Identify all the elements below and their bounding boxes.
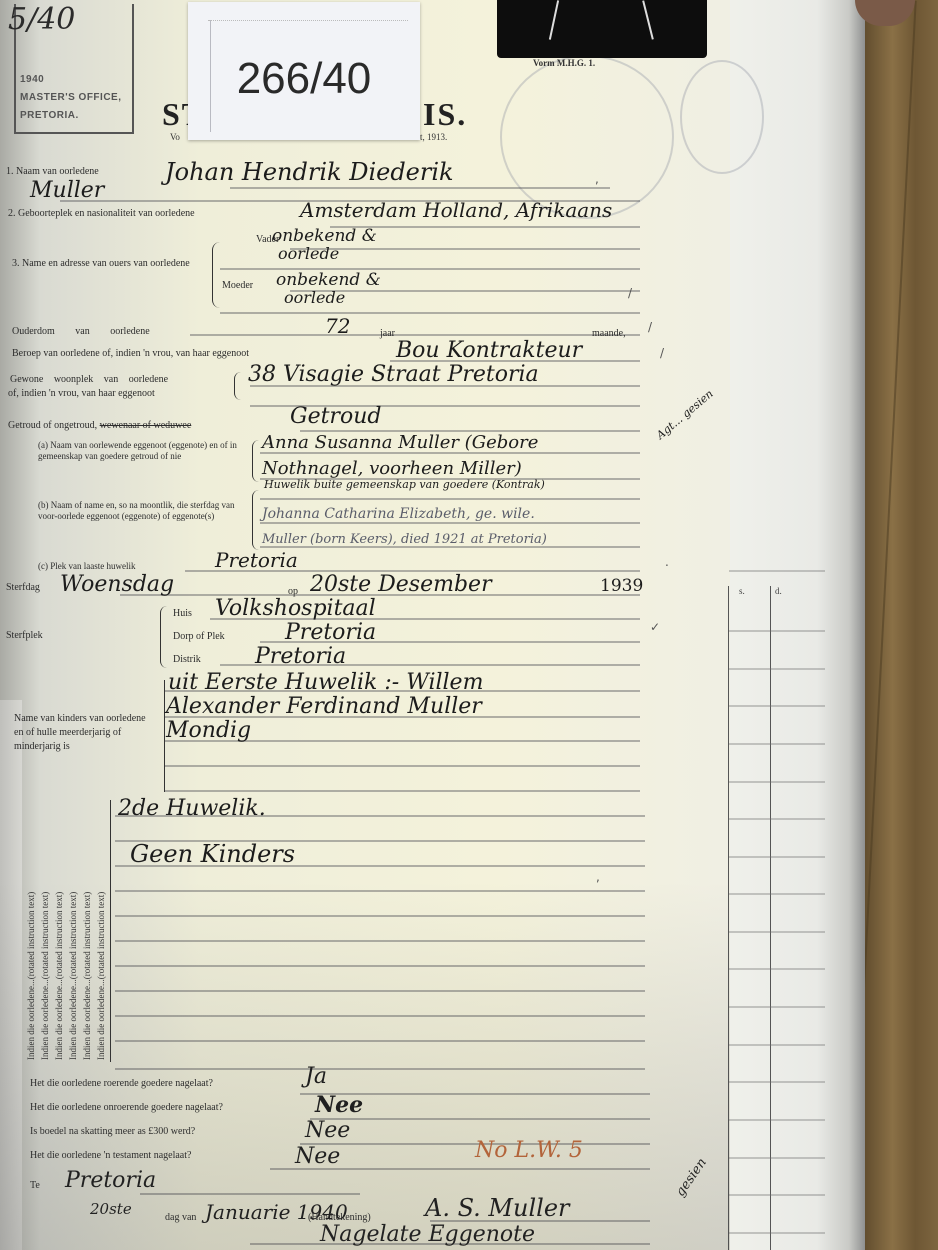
stamp-handwritten-number: 5/40 <box>8 2 75 37</box>
form-subtitle-left: Vo <box>170 132 180 142</box>
value-spouse-3: Huwelik buite gemeenskap van goedere (Ko… <box>264 478 545 491</box>
value-house: Volkshospitaal <box>215 596 376 621</box>
header-shillings: s. <box>739 586 745 596</box>
file-number: 266/40 <box>188 54 420 104</box>
value-children-3: Mondig <box>166 718 251 743</box>
label-age-years: jaar <box>380 328 395 340</box>
value-predeceased-2: Muller (born Keers), died 1921 at Pretor… <box>262 532 547 547</box>
masters-office-stamp: 5/40 1940 MASTER'S OFFICE, PRETORIA. <box>14 4 134 134</box>
label-surviving-spouse: (a) Naam van oorlewende eggenoot (eggeno… <box>38 440 248 462</box>
label-name: 1. Naam van oorledene <box>6 166 99 178</box>
label-death-day: Sterfdag <box>6 582 40 594</box>
stamp-place: PRETORIA. <box>20 110 79 121</box>
label-children: Name van kinders van oorledene en of hul… <box>14 712 154 754</box>
value-mother-2: oorlede <box>284 288 345 307</box>
value-marital-status: Getroud <box>290 404 381 429</box>
label-age-months: maande, <box>592 328 626 340</box>
binder-clip <box>497 0 707 58</box>
value-age: 72 <box>325 314 350 338</box>
value-children-1: uit Eerste Huwelik :- Willem <box>168 670 483 695</box>
label-town: Dorp of Plek <box>173 631 225 643</box>
value-death-year: 1939 <box>600 576 643 596</box>
label-occupation: Beroep van oorledene of, indien 'n vrou,… <box>12 348 249 360</box>
value-father-1: onbekend & <box>272 226 377 246</box>
label-house: Huis <box>173 608 192 620</box>
label-mother: Moeder <box>222 280 253 292</box>
value-last-marriage: Pretoria <box>215 548 298 572</box>
value-mother-1: onbekend & <box>276 270 381 290</box>
stamp-office: MASTER'S OFFICE, <box>20 92 122 103</box>
file-number-label: 266/40 <box>188 2 420 140</box>
page-shadow <box>0 880 730 1250</box>
value-occupation: Bou Kontrakteur <box>396 338 582 363</box>
label-marital-status: Getroud of ongetroud, wewenaar of weduwe… <box>8 420 191 432</box>
value-birthplace: Amsterdam Holland, Afrikaans <box>300 198 612 222</box>
faded-circular-stamp <box>500 55 674 219</box>
value-predeceased-1: Johanna Catharina Elizabeth, ge. wile. <box>262 506 535 522</box>
value-residence: 38 Visagie Straat Pretoria <box>248 362 539 387</box>
header-pence: d. <box>775 586 782 596</box>
label-last-marriage: (c) Plek van laaste huwelik <box>38 560 135 572</box>
label-residence-1: Gewone woonplek van oorledene <box>10 374 168 386</box>
value-district: Pretoria <box>255 644 346 669</box>
stamp-date: 1940 <box>20 74 44 85</box>
value-children-4: 2de Huwelik. <box>118 796 266 821</box>
label-death-place: Sterfplek <box>6 630 43 642</box>
value-spouse-1: Anna Susanna Muller (Gebore <box>262 432 538 453</box>
ledger-column: s. d. <box>725 568 830 1250</box>
label-parents: 3. Name en adresse van ouers van oorlede… <box>12 258 202 270</box>
value-weekday: Woensdag <box>60 572 174 597</box>
wooden-table <box>862 0 938 1250</box>
value-spouse-2: Nothnagel, voorheen Miller) <box>262 458 522 479</box>
value-death-date: 20ste Desember <box>310 572 492 597</box>
form-code: Vorm M.H.G. 1. <box>533 58 595 68</box>
faded-circular-stamp-2 <box>680 60 764 174</box>
form-title-right: IS. <box>423 96 467 133</box>
value-town: Pretoria <box>285 620 376 645</box>
value-name-line2: Muller <box>30 178 104 203</box>
form-subtitle-right: t, 1913. <box>420 132 447 142</box>
label-birthplace: 2. Geboorteplek en nasionaliteit van oor… <box>8 208 195 220</box>
value-name-line1: Johan Hendrik Diederik <box>165 158 454 186</box>
label-age: Ouderdom van oorledene <box>12 326 150 338</box>
label-district: Distrik <box>173 654 201 666</box>
label-residence-2: of, indien 'n vrou, van haar eggenoot <box>8 388 155 400</box>
value-father-2: oorlede <box>278 244 339 263</box>
label-predeceased-spouse: (b) Naam of name en, so na moontlik, die… <box>38 500 248 522</box>
value-children-5: Geen Kinders <box>130 840 295 868</box>
value-children-2: Alexander Ferdinand Muller <box>166 694 482 719</box>
